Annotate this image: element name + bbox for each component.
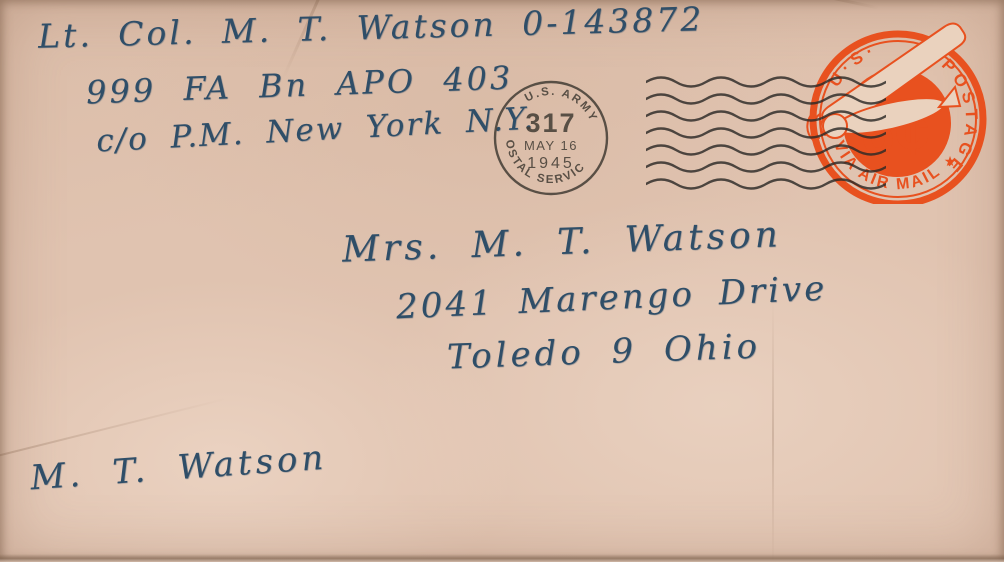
return-address-line-1: Lt. Col. M. T. Watson 0-143872 <box>38 0 705 56</box>
recipient-address-line-3: Toledo 9 Ohio <box>446 327 761 378</box>
army-postmark: U.S. ARMY POSTAL SERVICE 317 MAY 16 1945 <box>489 76 613 200</box>
postmark-year: 1945 <box>527 155 575 172</box>
star-icon: ★ <box>944 153 957 169</box>
cancellation-wave-lines <box>646 74 886 196</box>
paper-crease <box>772 300 774 562</box>
paper-crease <box>761 0 879 9</box>
recipient-address-line-2: 2041 Marengo Drive <box>395 269 828 328</box>
postmark-date: MAY 16 <box>524 138 578 153</box>
cancellation-waves-group <box>646 78 886 189</box>
return-address-line-2: 999 FA Bn APO 403 <box>85 59 513 112</box>
recipient-address-line-1: Mrs. M. T. Watson <box>341 214 782 270</box>
envelope-bottom-edge <box>0 554 1004 562</box>
envelope: Lt. Col. M. T. Watson 0-143872 999 FA Bn… <box>0 0 1004 562</box>
censor-signature: M. T. Watson <box>29 438 329 499</box>
postmark-station-number: 317 <box>525 108 576 138</box>
return-address-line-3: c/o P.M. New York N.Y. <box>95 101 536 160</box>
